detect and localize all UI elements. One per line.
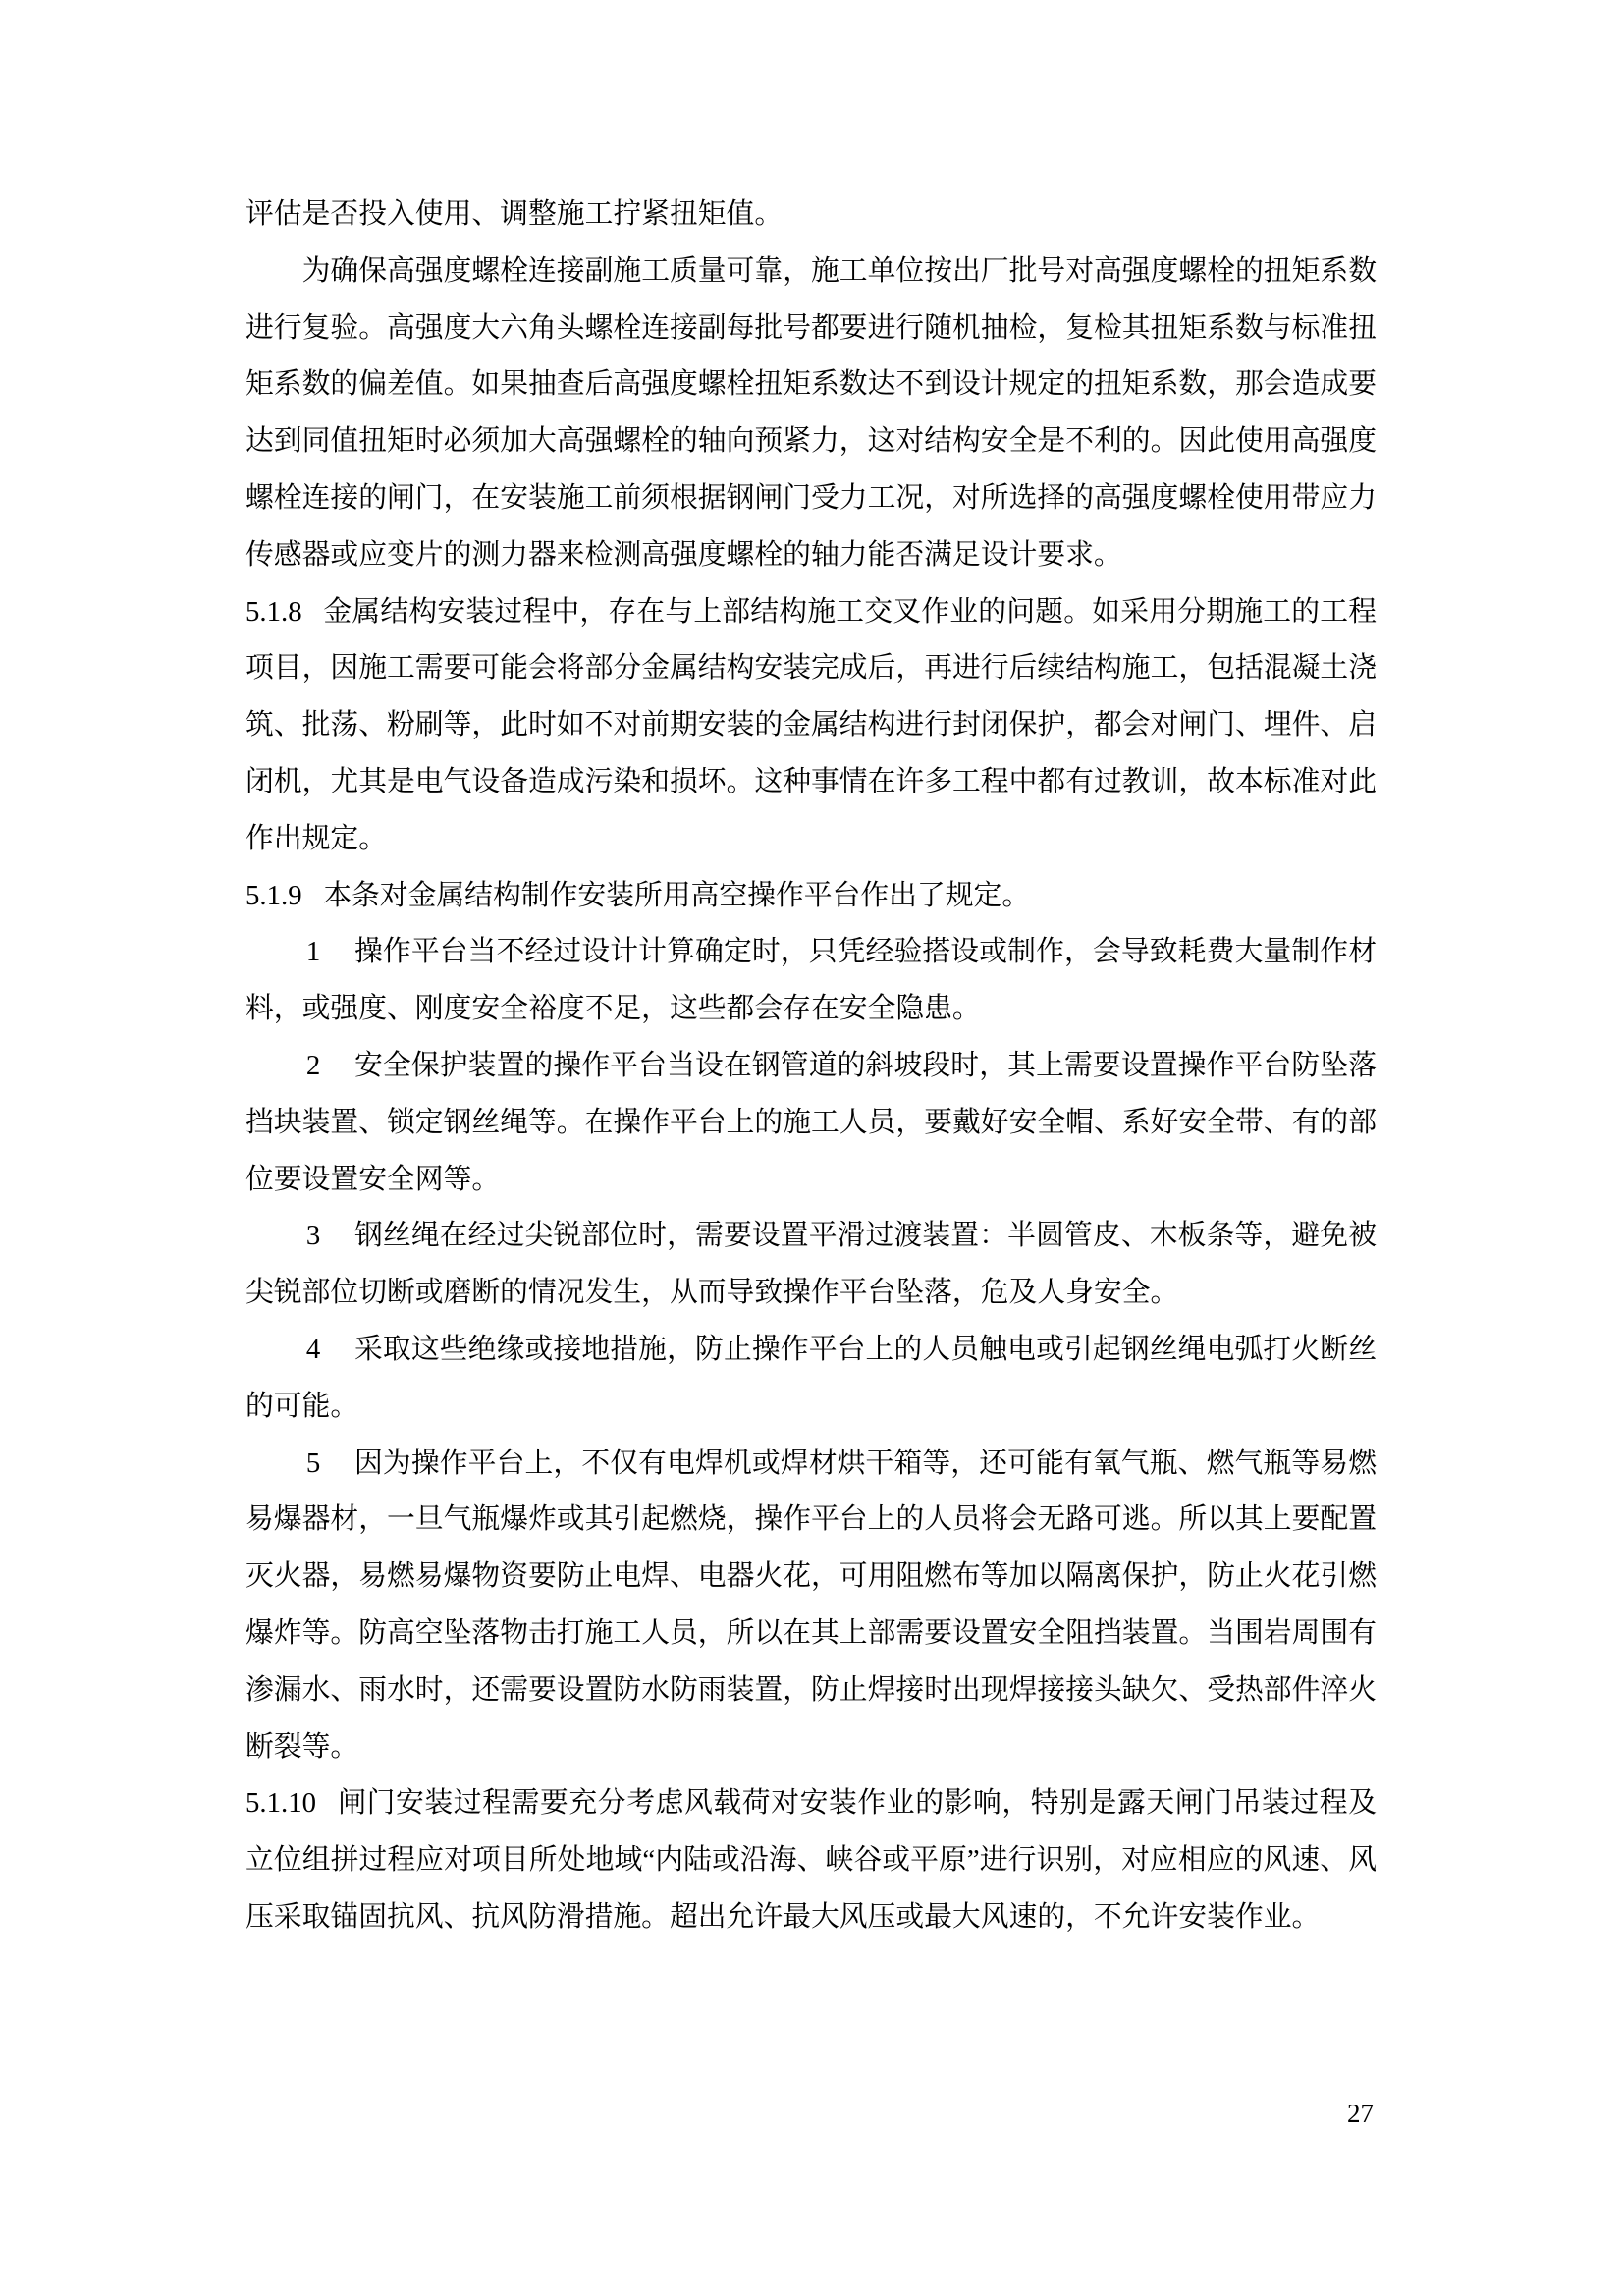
section-text: 本条对金属结构制作安装所用高空操作平台作出了规定。 <box>323 880 1030 911</box>
item-text: 钢丝绳在经过尖锐部位时，需要设置平滑过渡装置：半圆管皮、木板条等，避免被尖锐部位… <box>245 1220 1377 1308</box>
item-text: 因为操作平台上，不仅有电焊机或焊材烘干箱等，还可能有氧气瓶、燃气瓶等易燃易爆器材… <box>245 1448 1377 1763</box>
paragraph-continuation: 评估是否投入使用、调整施工拧紧扭矩值。 <box>245 187 1377 244</box>
list-item-paragraph: 1操作平台当不经过设计计算确定时，只凭经验搭设或制作，会导致耗费大量制作材料，或… <box>245 924 1377 1038</box>
page-number: 27 <box>1347 2096 1374 2131</box>
item-number: 4 <box>306 1334 320 1365</box>
list-item-paragraph: 2安全保护装置的操作平台当设在钢管道的斜坡段时，其上需要设置操作平台防坠落挡块装… <box>245 1038 1377 1208</box>
list-item-paragraph: 4采取这些绝缘或接地措施，防止操作平台上的人员触电或引起钢丝绳电弧打火断丝的可能… <box>245 1322 1377 1436</box>
item-number: 1 <box>306 936 320 967</box>
section-paragraph: 5.1.8金属结构安装过程中，存在与上部结构施工交叉作业的问题。如采用分期施工的… <box>245 584 1377 868</box>
paragraph: 为确保高强度螺栓连接副施工质量可靠，施工单位按出厂批号对高强度螺栓的扭矩系数进行… <box>245 244 1377 584</box>
section-text: 闸门安装过程需要充分考虑风载荷对安装作业的影响，特别是露天闸门吊装过程及立位组拼… <box>245 1787 1377 1933</box>
item-number: 3 <box>306 1220 320 1251</box>
paragraph-text: 为确保高强度螺栓连接副施工质量可靠，施工单位按出厂批号对高强度螺栓的扭矩系数进行… <box>245 255 1377 571</box>
item-number: 2 <box>306 1050 320 1081</box>
item-text: 采取这些绝缘或接地措施，防止操作平台上的人员触电或引起钢丝绳电弧打火断丝的可能。 <box>245 1334 1377 1422</box>
paragraph-text: 评估是否投入使用、调整施工拧紧扭矩值。 <box>245 198 783 230</box>
section-paragraph: 5.1.9本条对金属结构制作安装所用高空操作平台作出了规定。 <box>245 868 1377 925</box>
list-item-paragraph: 5因为操作平台上，不仅有电焊机或焊材烘干箱等，还可能有氧气瓶、燃气瓶等易燃易爆器… <box>245 1436 1377 1777</box>
item-number: 5 <box>306 1448 320 1479</box>
item-text: 操作平台当不经过设计计算确定时，只凭经验搭设或制作，会导致耗费大量制作材料，或强… <box>245 936 1377 1024</box>
section-number: 5.1.10 <box>245 1787 316 1819</box>
document-page: 评估是否投入使用、调整施工拧紧扭矩值。 为确保高强度螺栓连接副施工质量可靠，施工… <box>0 0 1623 2296</box>
section-number: 5.1.8 <box>245 596 302 628</box>
item-text: 安全保护装置的操作平台当设在钢管道的斜坡段时，其上需要设置操作平台防坠落挡块装置… <box>245 1050 1377 1195</box>
document-body: 评估是否投入使用、调整施工拧紧扭矩值。 为确保高强度螺栓连接副施工质量可靠，施工… <box>245 187 1377 1946</box>
section-text: 金属结构安装过程中，存在与上部结构施工交叉作业的问题。如采用分期施工的工程项目，… <box>245 596 1377 854</box>
section-number: 5.1.9 <box>245 880 302 911</box>
section-paragraph: 5.1.10闸门安装过程需要充分考虑风载荷对安装作业的影响，特别是露天闸门吊装过… <box>245 1776 1377 1945</box>
list-item-paragraph: 3钢丝绳在经过尖锐部位时，需要设置平滑过渡装置：半圆管皮、木板条等，避免被尖锐部… <box>245 1208 1377 1322</box>
